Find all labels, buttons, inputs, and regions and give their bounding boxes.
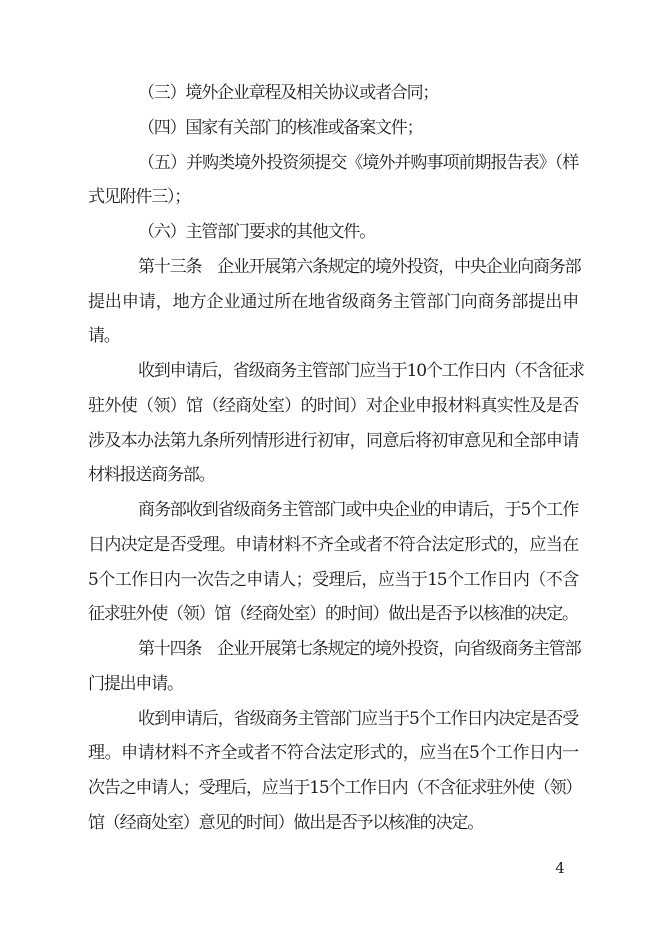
- document-line: 次告之申请人；受理后，应当于15个工作日内（不含征求驻外使（领）: [88, 771, 578, 806]
- paragraph: （五）并购类境外投资须提交《境外并购事项前期报告表》（样式见附件三）；: [88, 146, 578, 216]
- document-line: 理。申请材料不齐全或者不符合法定形式的，应当在5个工作日内一: [88, 736, 578, 771]
- paragraph: 第十四条 企业开展第七条规定的境外投资，向省级商务主管部门提出申请。: [88, 632, 578, 702]
- document-line: 门提出申请。: [88, 667, 578, 702]
- paragraph: 第十三条 企业开展第六条规定的境外投资，中央企业向商务部提出申请，地方企业通过所…: [88, 250, 578, 354]
- document-line: 第十四条 企业开展第七条规定的境外投资，向省级商务主管部: [88, 632, 578, 667]
- document-line: 请。: [88, 319, 578, 354]
- document-line: 商务部收到省级商务主管部门或中央企业的申请后，于5个工作: [88, 493, 578, 528]
- document-line: 驻外使（领）馆（经商处室）的时间）对企业申报材料真实性及是否: [88, 389, 578, 424]
- document-line: 涉及本办法第九条所列情形进行初审，同意后将初审意见和全部申请: [88, 424, 578, 459]
- paragraph: 收到申请后，省级商务主管部门应当于5个工作日内决定是否受理。申请材料不齐全或者不…: [88, 702, 578, 841]
- document-body: （三）境外企业章程及相关协议或者合同；（四）国家有关部门的核准或备案文件；（五）…: [88, 76, 578, 841]
- document-line: 5个工作日内一次告之申请人；受理后，应当于15个工作日内（不含: [88, 563, 578, 598]
- document-line: 提出申请，地方企业通过所在地省级商务主管部门向商务部提出申: [88, 285, 578, 320]
- document-line: 收到申请后，省级商务主管部门应当于10个工作日内（不含征求: [88, 354, 578, 389]
- document-line: 馆（经商处室）意见的时间）做出是否予以核准的决定。: [88, 806, 578, 841]
- document-line: 收到申请后，省级商务主管部门应当于5个工作日内决定是否受: [88, 702, 578, 737]
- document-page: （三）境外企业章程及相关协议或者合同；（四）国家有关部门的核准或备案文件；（五）…: [0, 0, 661, 935]
- document-line: （六）主管部门要求的其他文件。: [88, 215, 578, 250]
- document-line: 征求驻外使（领）馆（经商处室）的时间）做出是否予以核准的决定。: [88, 597, 578, 632]
- document-line: （五）并购类境外投资须提交《境外并购事项前期报告表》（样: [88, 146, 578, 181]
- paragraph: （六）主管部门要求的其他文件。: [88, 215, 578, 250]
- document-line: （三）境外企业章程及相关协议或者合同；: [88, 76, 578, 111]
- document-line: 日内决定是否受理。申请材料不齐全或者不符合法定形式的，应当在: [88, 528, 578, 563]
- page-number: 4: [550, 857, 570, 879]
- paragraph: 收到申请后，省级商务主管部门应当于10个工作日内（不含征求驻外使（领）馆（经商处…: [88, 354, 578, 493]
- paragraph: （三）境外企业章程及相关协议或者合同；: [88, 76, 578, 111]
- document-line: 材料报送商务部。: [88, 458, 578, 493]
- document-line: 式见附件三）；: [88, 180, 578, 215]
- document-line: 第十三条 企业开展第六条规定的境外投资，中央企业向商务部: [88, 250, 578, 285]
- paragraph: 商务部收到省级商务主管部门或中央企业的申请后，于5个工作日内决定是否受理。申请材…: [88, 493, 578, 632]
- document-line: （四）国家有关部门的核准或备案文件；: [88, 111, 578, 146]
- paragraph: （四）国家有关部门的核准或备案文件；: [88, 111, 578, 146]
